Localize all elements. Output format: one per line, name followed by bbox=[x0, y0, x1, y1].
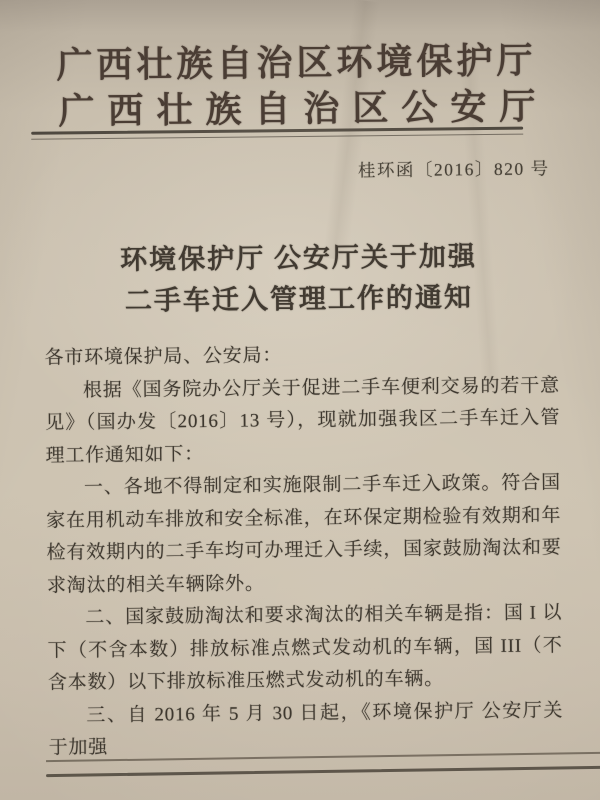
agency-name-line1: 广西壮族自治区环境保护厅 bbox=[0, 37, 597, 89]
document-page: 广西壮族自治区环境保护厅 广西壮族自治区公安厅 桂环函〔2016〕820 号 环… bbox=[0, 0, 600, 800]
document-title-line1: 环境保护厅 公安厅关于加强 bbox=[0, 235, 599, 282]
document-body: 各市环境保护局、公安局： 根据《国务院办公厅关于促进二手车便利交易的若干意见》（… bbox=[44, 337, 563, 765]
document-photo: 广西壮族自治区环境保护厅 广西壮族自治区公安厅 桂环函〔2016〕820 号 环… bbox=[0, 0, 600, 800]
document-title: 环境保护厅 公安厅关于加强 二手车迁入管理工作的通知 bbox=[0, 235, 599, 323]
body-paragraph-3: 二、国家鼓励淘汰和要求淘汰的相关车辆是指：国 I 以下（不含本数）排放标准点燃式… bbox=[47, 597, 563, 700]
body-paragraph-2: 一、各地不得制定和实施限制二手车迁入政策。符合国家在用机动车排放和安全标准，在环… bbox=[46, 467, 562, 602]
salutation: 各市环境保护局、公安局： bbox=[44, 337, 559, 375]
document-title-line2: 二手车迁入管理工作的通知 bbox=[0, 276, 599, 323]
body-paragraph-1: 根据《国务院办公厅关于促进二手车便利交易的若干意见》（国办发〔2016〕13 号… bbox=[45, 370, 561, 473]
document-number: 桂环函〔2016〕820 号 bbox=[358, 155, 550, 182]
letterhead: 广西壮族自治区环境保护厅 广西壮族自治区公安厅 bbox=[0, 37, 597, 135]
divider-thin-line bbox=[31, 134, 523, 140]
